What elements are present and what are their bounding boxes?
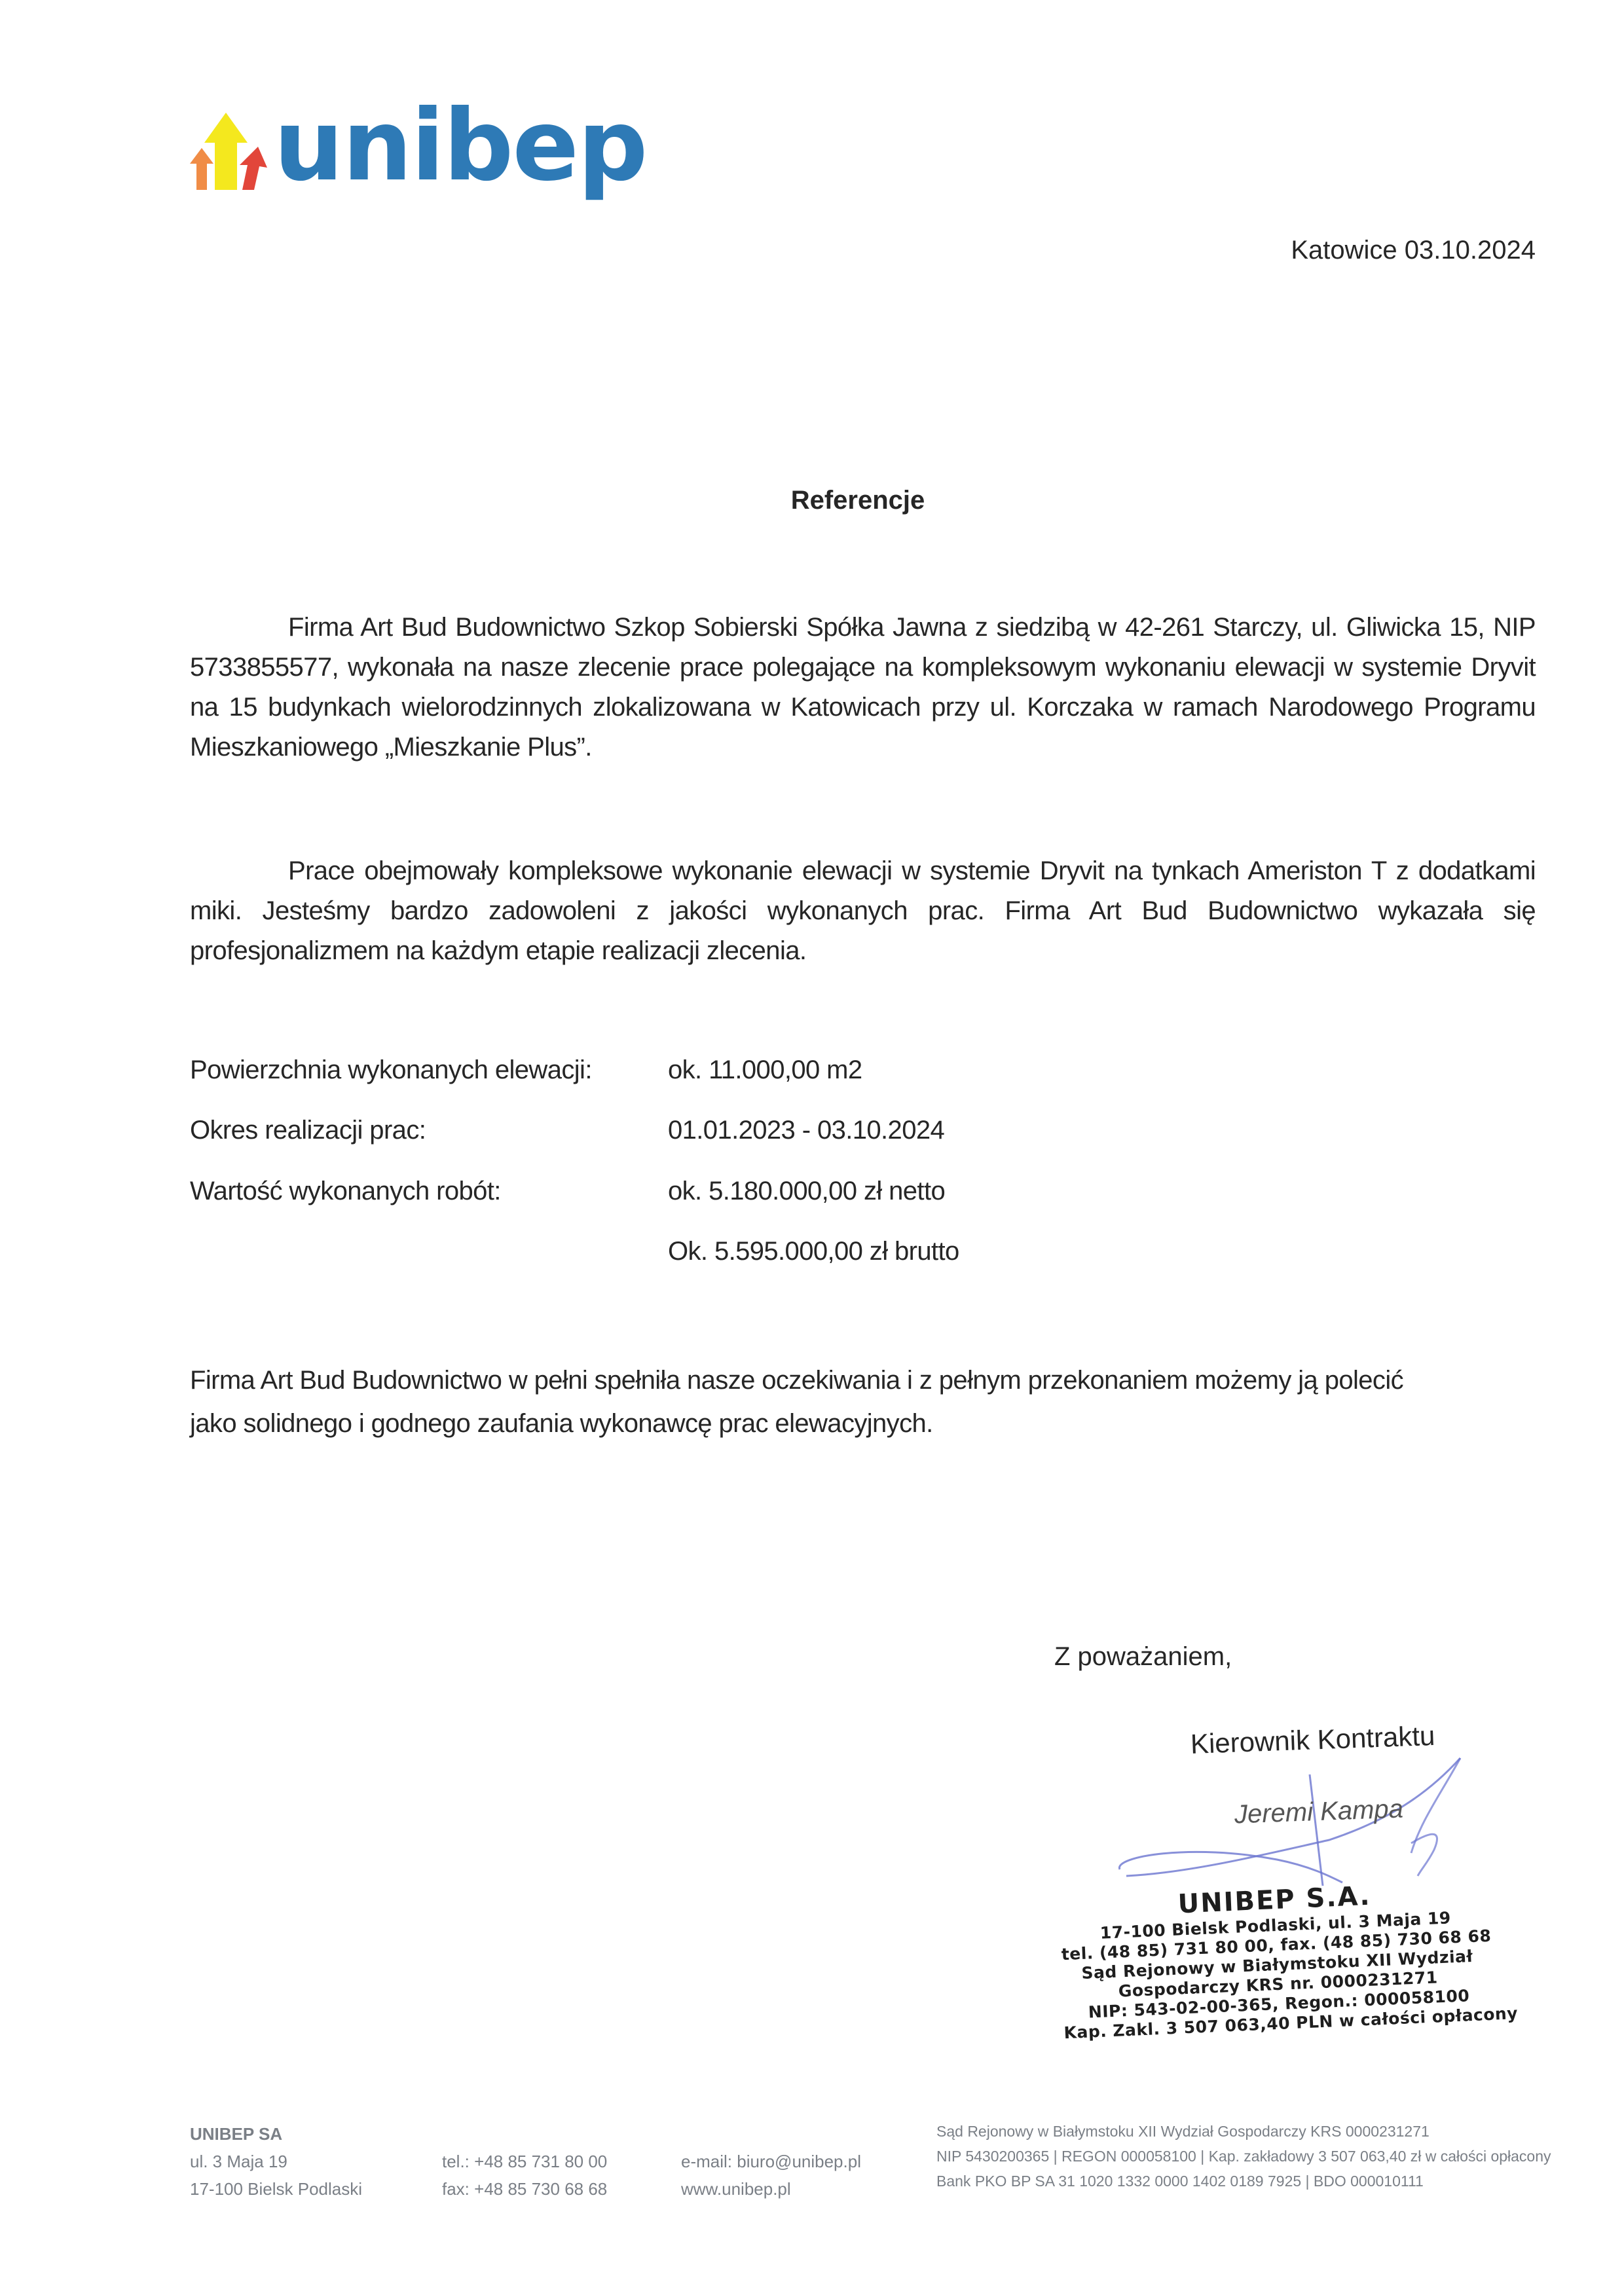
footer-online: e-mail: biuro@unibep.pl www.unibep.pl bbox=[681, 2148, 861, 2203]
arrows-logo-icon bbox=[190, 110, 272, 195]
company-logo: unibep bbox=[190, 105, 544, 203]
footer-tel: tel.: +48 85 731 80 00 bbox=[442, 2148, 607, 2175]
footer-legal: Sąd Rejonowy w Białymstoku XII Wydział G… bbox=[936, 2119, 1551, 2194]
detail-row-area: Powierzchnia wykonanych elewacji: ok. 11… bbox=[190, 1056, 1369, 1095]
footer-city: 17-100 Bielsk Podlaski bbox=[190, 2175, 362, 2203]
detail-label: Wartość wykonanych robót: bbox=[190, 1177, 501, 1206]
document-title: Referencje bbox=[0, 486, 1624, 515]
paragraph-recommendation: Firma Art Bud Budownictwo w pełni spełni… bbox=[190, 1359, 1536, 1445]
footer-street: ul. 3 Maja 19 bbox=[190, 2148, 362, 2175]
detail-value: 01.01.2023 - 03.10.2024 bbox=[668, 1116, 944, 1145]
paragraph-intro: Firma Art Bud Budownictwo Szkop Sobiersk… bbox=[190, 608, 1536, 767]
closing-salutation: Z poważaniem, bbox=[1054, 1642, 1232, 1672]
detail-row-value-gross: Ok. 5.595.000,00 zł brutto bbox=[190, 1237, 1369, 1276]
detail-label: Powierzchnia wykonanych elewacji: bbox=[190, 1056, 592, 1085]
detail-row-period: Okres realizacji prac: 01.01.2023 - 03.1… bbox=[190, 1116, 1369, 1155]
logo-wordmark: unibep bbox=[274, 97, 646, 195]
detail-value: ok. 11.000,00 m2 bbox=[668, 1056, 862, 1085]
footer-company-name: UNIBEP SA bbox=[190, 2120, 362, 2148]
footer-phones: tel.: +48 85 731 80 00 fax: +48 85 730 6… bbox=[442, 2148, 607, 2203]
detail-row-value-net: Wartość wykonanych robót: ok. 5.180.000,… bbox=[190, 1177, 1369, 1216]
paragraph-scope: Prace obejmowały kompleksowe wykonanie e… bbox=[190, 851, 1536, 971]
detail-value: ok. 5.180.000,00 zł netto bbox=[668, 1177, 945, 1206]
company-stamp: UNIBEP S.A. 17-100 Bielsk Podlaski, ul. … bbox=[1058, 1875, 1496, 2044]
signatory-name: Jeremi Kampa bbox=[1234, 1795, 1403, 1830]
detail-value: Ok. 5.595.000,00 zł brutto bbox=[668, 1237, 959, 1266]
footer-legal-line: NIP 5430200365 | REGON 000058100 | Kap. … bbox=[936, 2144, 1551, 2169]
footer-website[interactable]: www.unibep.pl bbox=[681, 2175, 861, 2203]
footer-legal-line: Sąd Rejonowy w Białymstoku XII Wydział G… bbox=[936, 2119, 1551, 2144]
footer-email[interactable]: e-mail: biuro@unibep.pl bbox=[681, 2148, 861, 2175]
footer-fax: fax: +48 85 730 68 68 bbox=[442, 2175, 607, 2203]
footer-legal-line: Bank PKO BP SA 31 1020 1332 0000 1402 01… bbox=[936, 2169, 1551, 2194]
place-date: Katowice 03.10.2024 bbox=[1291, 236, 1536, 265]
footer-address: UNIBEP SA ul. 3 Maja 19 17-100 Bielsk Po… bbox=[190, 2120, 362, 2203]
detail-label: Okres realizacji prac: bbox=[190, 1116, 426, 1145]
